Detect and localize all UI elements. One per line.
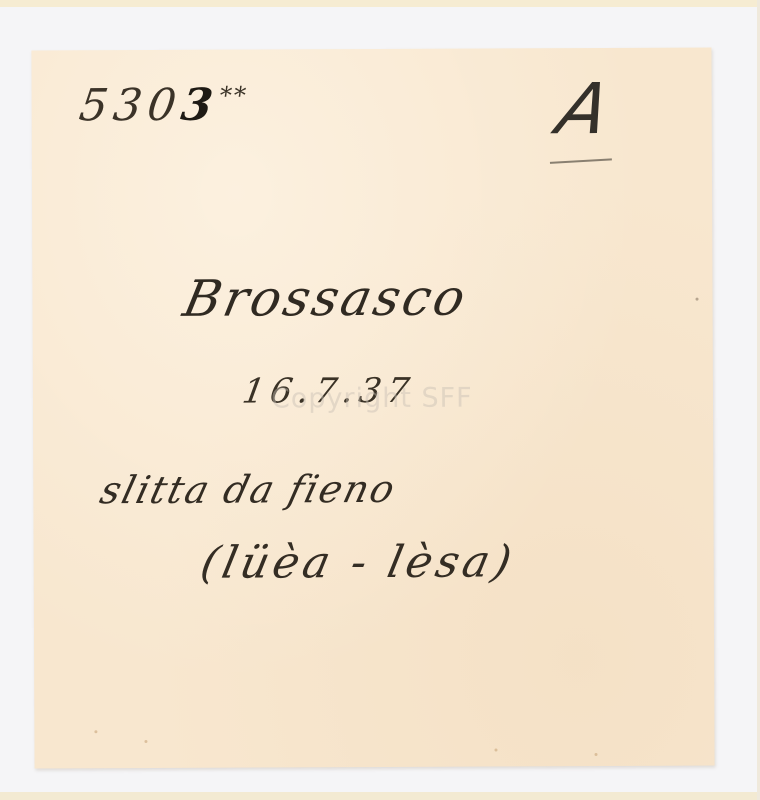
category-underline xyxy=(550,158,612,164)
scanned-page: 5303** A Brossasco 16.7.37 Copyright SFF… xyxy=(0,0,760,800)
inventory-number-corrected-digit: 3 xyxy=(178,80,222,131)
place-name: Brossasco xyxy=(178,269,473,328)
inventory-number: 5303** xyxy=(76,80,250,132)
copyright-watermark: Copyright SFF xyxy=(271,383,473,415)
object-description: slitta da fieno xyxy=(96,467,401,512)
category-letter: A xyxy=(550,68,619,150)
paper-speck xyxy=(595,753,598,756)
inventory-number-digits: 530 xyxy=(76,80,185,131)
adjacent-page-edge-bottom xyxy=(0,792,760,800)
paper-speck xyxy=(94,730,97,733)
paper-speck xyxy=(494,748,497,751)
inventory-marks: ** xyxy=(218,82,250,110)
label-card: 5303** A Brossasco 16.7.37 Copyright SFF… xyxy=(31,48,714,769)
adjacent-page-edge-top xyxy=(0,0,760,7)
paper-speck xyxy=(696,298,699,301)
paper-speck xyxy=(144,740,147,743)
dialect-term: (lüèa - lèsa) xyxy=(196,536,519,588)
